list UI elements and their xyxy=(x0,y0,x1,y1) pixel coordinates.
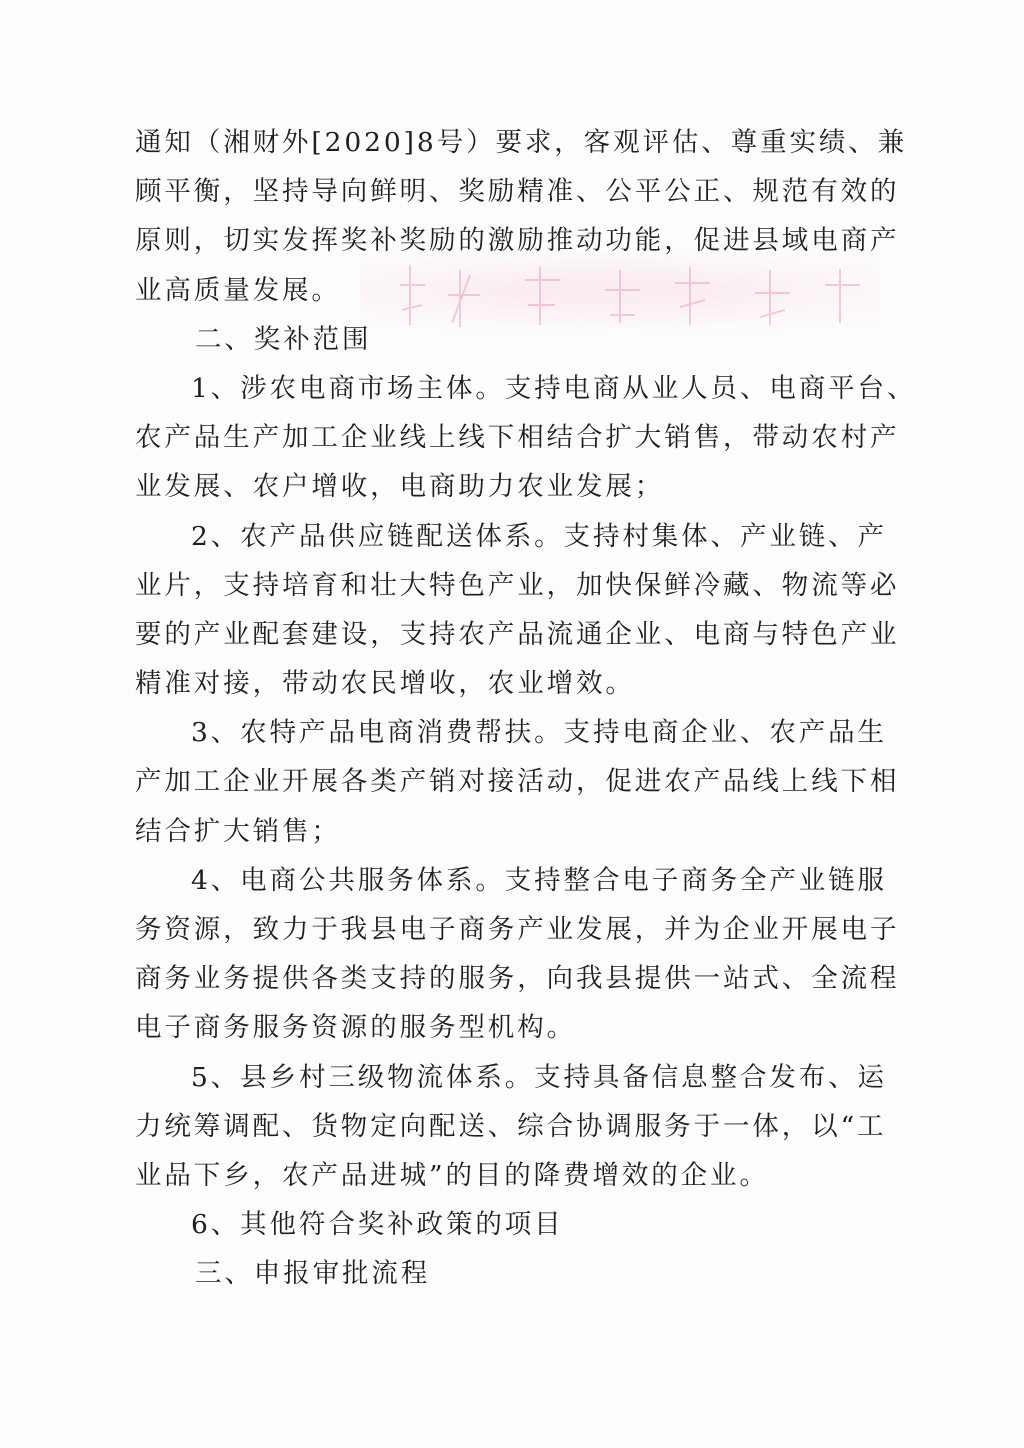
item-3-heading: 3、农特产品电商消费帮扶。支持电商企业、农产品生 xyxy=(135,708,855,757)
section-heading-process: 三、申报审批流程 xyxy=(135,1249,855,1298)
text-line: 业高质量发展。 xyxy=(135,266,855,315)
text-line: 通知（湘财外[2020]8号）要求，客观评估、尊重实绩、兼 xyxy=(135,118,855,167)
text-line: 务资源，致力于我县电子商务产业发展，并为企业开展电子 xyxy=(135,905,855,954)
text-line: 要的产业配套建设，支持农产品流通企业、电商与特色产业 xyxy=(135,610,855,659)
document-page: 通知（湘财外[2020]8号）要求，客观评估、尊重实绩、兼 顾平衡，坚持导向鲜明… xyxy=(0,0,1024,1448)
text-line: 结合扩大销售； xyxy=(135,807,855,856)
text-line: 农产品生产加工企业线上线下相结合扩大销售，带动农村产 xyxy=(135,413,855,462)
text-line: 业发展、农户增收，电商助力农业发展； xyxy=(135,462,855,511)
item-2-heading: 2、农产品供应链配送体系。支持村集体、产业链、产 xyxy=(135,512,855,561)
item-6-heading: 6、其他符合奖补政策的项目 xyxy=(135,1200,855,1249)
section-heading-scope: 二、奖补范围 xyxy=(135,315,855,364)
text-line: 商务业务提供各类支持的服务，向我县提供一站式、全流程 xyxy=(135,954,855,1003)
text-line: 业片，支持培育和壮大特色产业，加快保鲜冷藏、物流等必 xyxy=(135,561,855,610)
text-line: 业品下乡，农产品进城”的目的降费增效的企业。 xyxy=(135,1151,855,1200)
item-1-heading: 1、涉农电商市场主体。支持电商从业人员、电商平台、 xyxy=(135,364,855,413)
document-body: 通知（湘财外[2020]8号）要求，客观评估、尊重实绩、兼 顾平衡，坚持导向鲜明… xyxy=(135,118,855,1299)
text-line: 电子商务服务资源的服务型机构。 xyxy=(135,1003,855,1052)
text-line: 产加工企业开展各类产销对接活动，促进农产品线上线下相 xyxy=(135,757,855,806)
text-line: 精准对接，带动农民增收，农业增效。 xyxy=(135,659,855,708)
text-line: 原则，切实发挥奖补奖励的激励推动功能，促进县域电商产 xyxy=(135,216,855,265)
item-5-heading: 5、县乡村三级物流体系。支持具备信息整合发布、运 xyxy=(135,1053,855,1102)
text-line: 力统筹调配、货物定向配送、综合协调服务于一体，以“工 xyxy=(135,1102,855,1151)
text-line: 顾平衡，坚持导向鲜明、奖励精准、公平公正、规范有效的 xyxy=(135,167,855,216)
item-4-heading: 4、电商公共服务体系。支持整合电子商务全产业链服 xyxy=(135,856,855,905)
